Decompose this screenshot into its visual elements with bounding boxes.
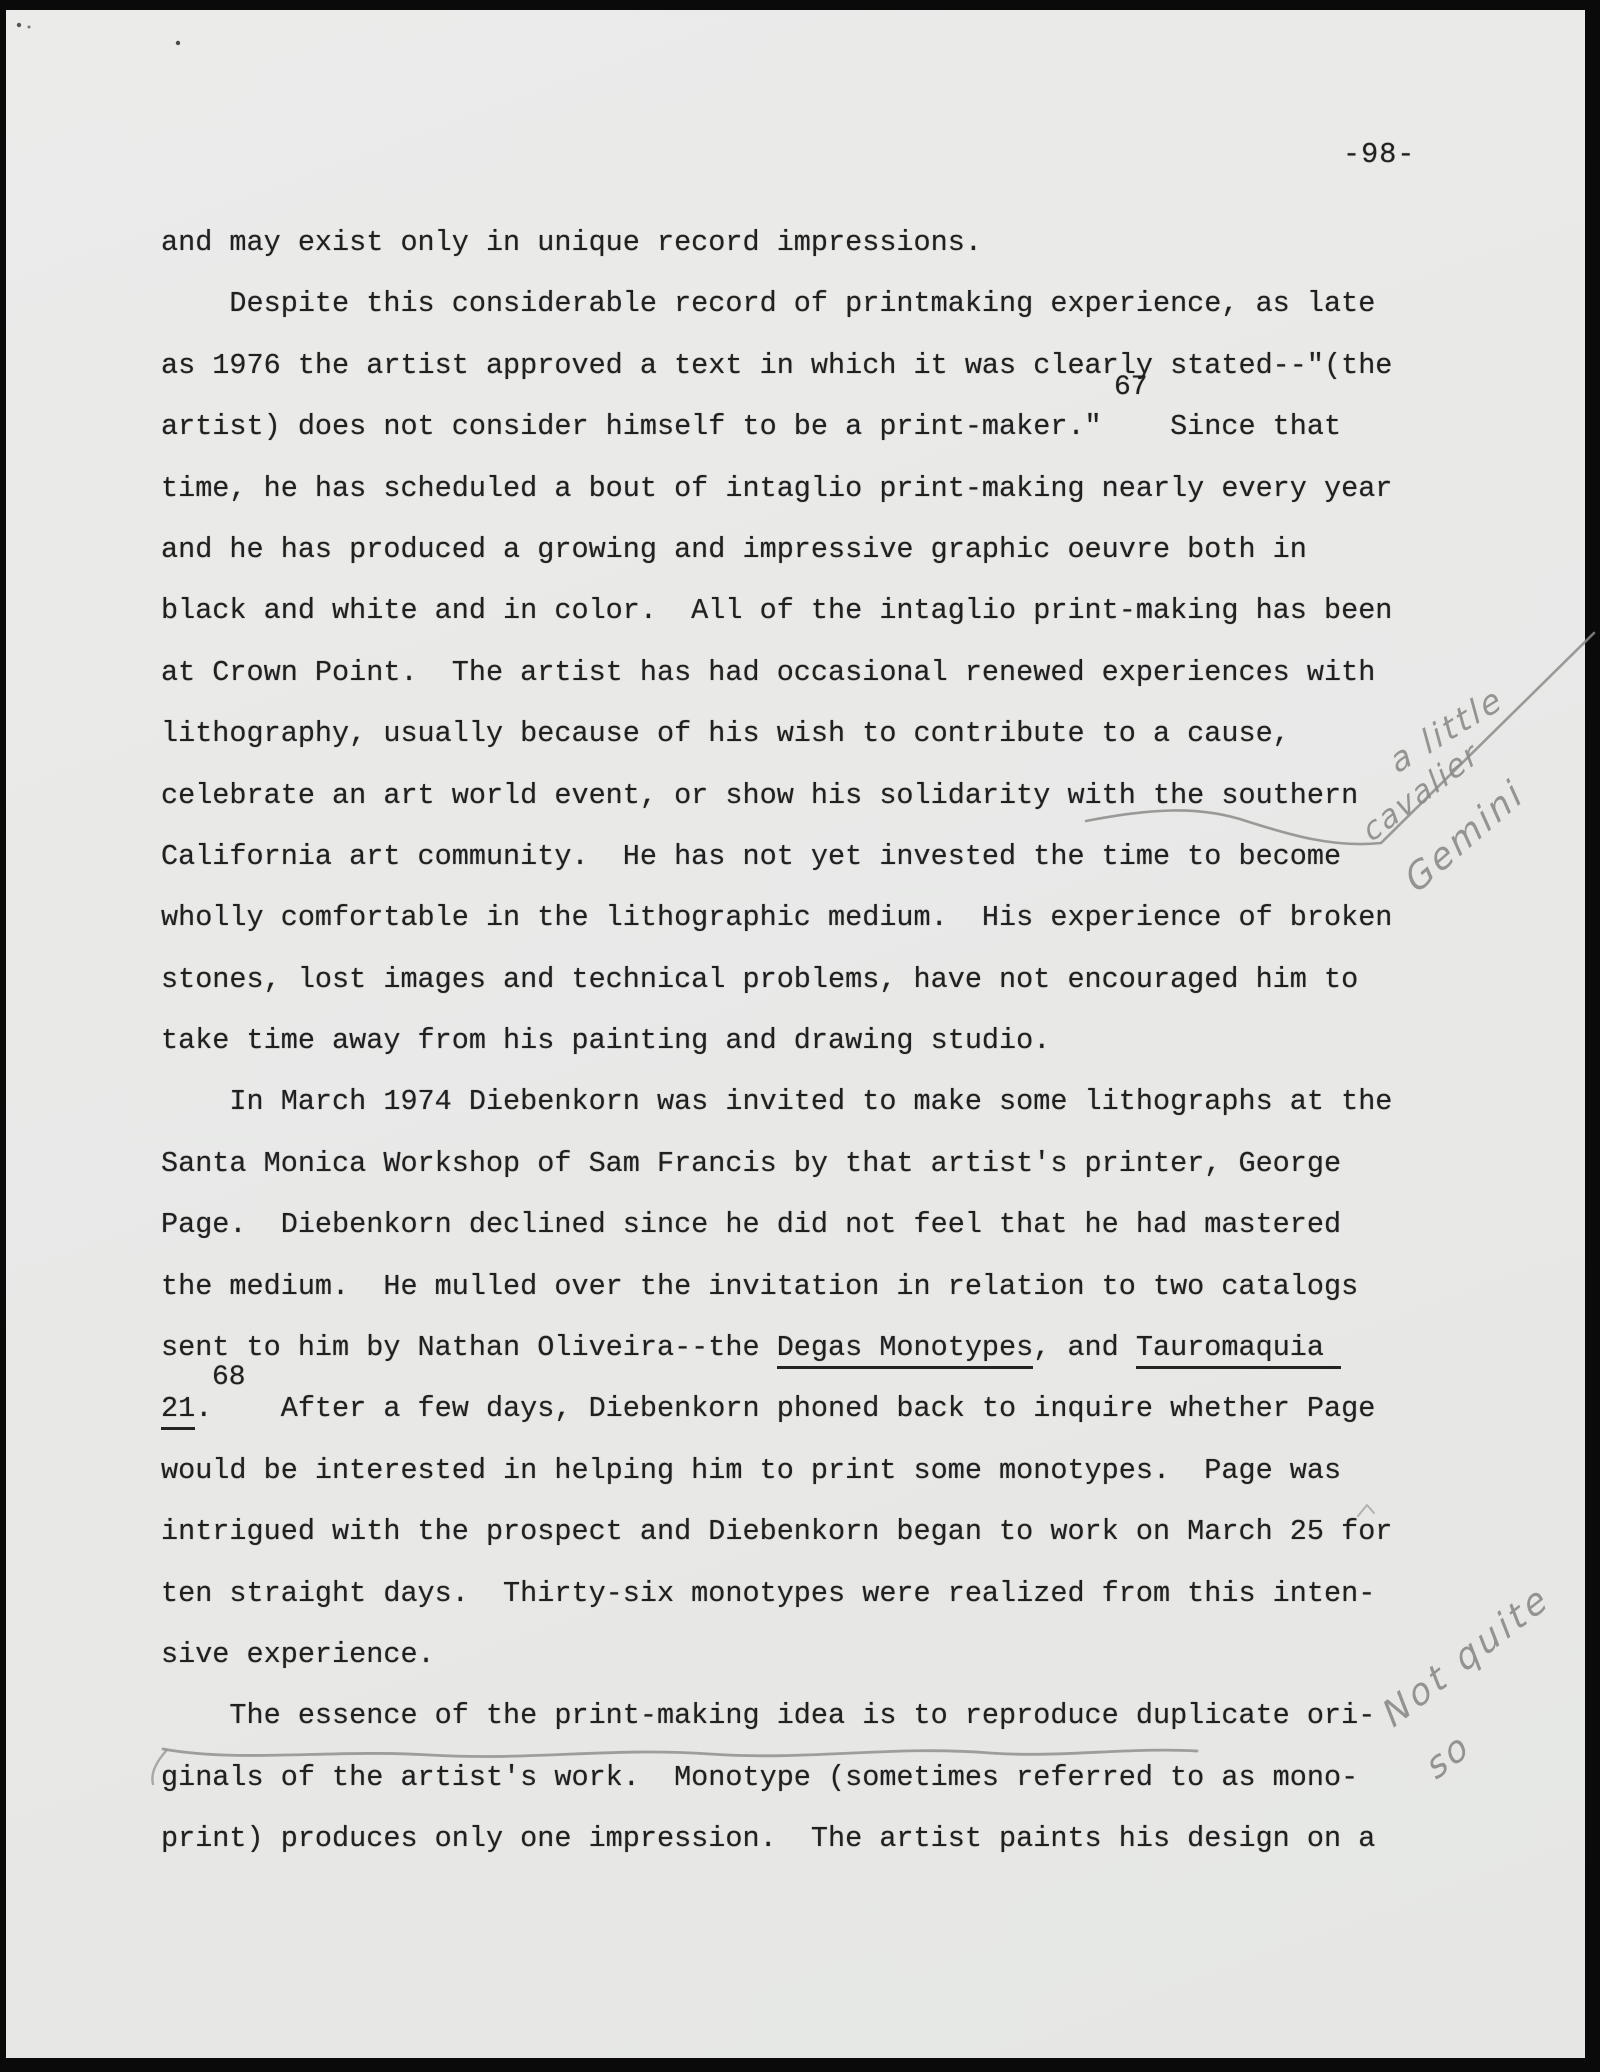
typed-line: print) produces only one impression. The… xyxy=(161,1808,1392,1869)
typed-text: ten straight days. Thirty-six monotypes … xyxy=(161,1577,1375,1610)
footnote-number-68: 68 xyxy=(212,1362,246,1393)
typed-text: and may exist only in unique record impr… xyxy=(161,226,982,259)
typed-text: artist) does not consider himself to be … xyxy=(161,410,1341,443)
typed-line: as 1976 the artist approved a text in wh… xyxy=(161,335,1392,396)
typed-text: . After a few days, Diebenkorn phoned ba… xyxy=(195,1392,1375,1425)
underlined-text: 21 xyxy=(161,1392,195,1430)
typed-text: as 1976 the artist approved a text in wh… xyxy=(161,349,1392,382)
typed-line: intrigued with the prospect and Diebenko… xyxy=(161,1501,1392,1562)
typed-line: and he has produced a growing and impres… xyxy=(161,519,1392,580)
typed-body: and may exist only in unique record impr… xyxy=(161,212,1392,1870)
handwritten-note-so: so xyxy=(1419,1724,1478,1788)
typed-line: at Crown Point. The artist has had occas… xyxy=(161,642,1392,703)
typed-line: In March 1974 Diebenkorn was invited to … xyxy=(161,1071,1392,1132)
typed-text: The essence of the print-making idea is … xyxy=(161,1699,1375,1732)
typed-line: California art community. He has not yet… xyxy=(161,826,1392,887)
typed-text: sent to him by Nathan Oliveira--the xyxy=(161,1331,777,1364)
typed-text: celebrate an art world event, or show hi… xyxy=(161,779,1358,812)
typed-text: print) produces only one impression. The… xyxy=(161,1822,1375,1855)
page-number: -98- xyxy=(1343,138,1415,171)
typed-text: and he has produced a growing and impres… xyxy=(161,533,1307,566)
typed-line: and may exist only in unique record impr… xyxy=(161,212,1392,273)
typed-line: ten straight days. Thirty-six monotypes … xyxy=(161,1563,1392,1624)
underlined-text: Tauromaquia xyxy=(1136,1331,1341,1369)
typed-text: In March 1974 Diebenkorn was invited to … xyxy=(161,1085,1392,1118)
typed-text: ginals of the artist's work. Monotype (s… xyxy=(161,1761,1358,1794)
handwritten-note-not-quite: Not quite xyxy=(1376,1576,1557,1736)
typed-line: stones, lost images and technical proble… xyxy=(161,949,1392,1010)
typed-text: stones, lost images and technical proble… xyxy=(161,963,1358,996)
scanned-page-paper: -98- and may exist only in unique record… xyxy=(6,10,1585,2058)
typed-text: at Crown Point. The artist has had occas… xyxy=(161,656,1375,689)
typed-text: take time away from his painting and dra… xyxy=(161,1024,1050,1057)
typed-text: the medium. He mulled over the invitatio… xyxy=(161,1270,1358,1303)
typed-line: The essence of the print-making idea is … xyxy=(161,1685,1392,1746)
typed-line: the medium. He mulled over the invitatio… xyxy=(161,1256,1392,1317)
typed-text: intrigued with the prospect and Diebenko… xyxy=(161,1515,1392,1548)
typed-text: would be interested in helping him to pr… xyxy=(161,1454,1341,1487)
typed-line: would be interested in helping him to pr… xyxy=(161,1440,1392,1501)
typed-text: black and white and in color. All of the… xyxy=(161,594,1392,627)
typed-line: Page. Diebenkorn declined since he did n… xyxy=(161,1194,1392,1255)
typed-text: wholly comfortable in the lithographic m… xyxy=(161,901,1392,934)
typed-line: 21. After a few days, Diebenkorn phoned … xyxy=(161,1378,1392,1439)
typed-line: ginals of the artist's work. Monotype (s… xyxy=(161,1747,1392,1808)
typed-line: black and white and in color. All of the… xyxy=(161,580,1392,641)
typed-line: lithography, usually because of his wish… xyxy=(161,703,1392,764)
typed-text: Page. Diebenkorn declined since he did n… xyxy=(161,1208,1341,1241)
typed-line: sive experience. xyxy=(161,1624,1392,1685)
typed-text: Despite this considerable record of prin… xyxy=(161,287,1375,320)
typed-line: take time away from his painting and dra… xyxy=(161,1010,1392,1071)
typed-line: artist) does not consider himself to be … xyxy=(161,396,1392,457)
footnote-number-67: 67 xyxy=(1114,372,1148,403)
typed-text: sive experience. xyxy=(161,1638,435,1671)
typed-line: celebrate an art world event, or show hi… xyxy=(161,765,1392,826)
underlined-text: Degas Monotypes xyxy=(777,1331,1034,1369)
typed-text: lithography, usually because of his wish… xyxy=(161,717,1290,750)
typed-text: Santa Monica Workshop of Sam Francis by … xyxy=(161,1147,1341,1180)
typed-line: time, he has scheduled a bout of intagli… xyxy=(161,458,1392,519)
typed-line: Santa Monica Workshop of Sam Francis by … xyxy=(161,1133,1392,1194)
typed-text: California art community. He has not yet… xyxy=(161,840,1341,873)
typed-line: wholly comfortable in the lithographic m… xyxy=(161,887,1392,948)
typed-text: , and xyxy=(1033,1331,1136,1364)
typed-line: sent to him by Nathan Oliveira--the Dega… xyxy=(161,1317,1392,1378)
typed-line: Despite this considerable record of prin… xyxy=(161,273,1392,334)
typed-text: time, he has scheduled a bout of intagli… xyxy=(161,472,1392,505)
